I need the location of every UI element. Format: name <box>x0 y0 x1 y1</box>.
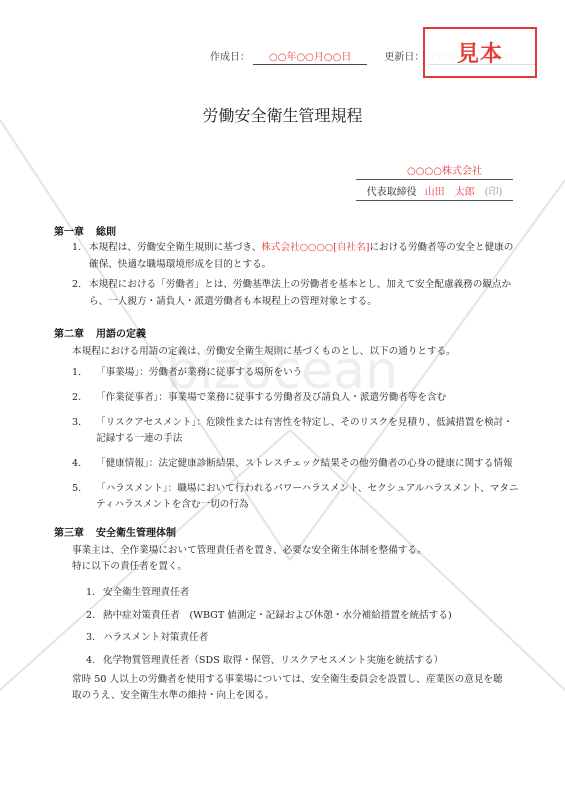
responsible-persons-list: 1.安全衛生管理責任者 2.熱中症対策責任者 (WBGT 値測定・記録および休憩… <box>86 585 526 675</box>
list-item: 3.ハラスメント対策責任者 <box>86 630 526 646</box>
item-number: 5. <box>72 481 96 513</box>
chapter-number: 第二章 <box>54 329 84 340</box>
company-name: ○○○○株式会社 <box>356 162 513 180</box>
item-text: 「リスクアセスメント」：危険性または有害性を特定し、そのリスクを見積り、低減措置… <box>96 415 520 447</box>
item-text: 「事業場」：労働者が業務に従事する場所をいう <box>96 365 520 381</box>
intro-line: 事業主は、全作業場において管理責任者を置き、必要な安全衛生体制を整備する。 <box>72 543 427 559</box>
list-item: 1.「事業場」：労働者が業務に従事する場所をいう <box>72 365 520 381</box>
list-item: 2.熱中症対策責任者 (WBGT 値測定・記録および休憩・水分補給措置を統括する… <box>86 608 526 624</box>
sample-stamp: 見本 <box>423 27 537 78</box>
updated-date-label: 更新日： <box>384 52 424 63</box>
chapter-title: 総則 <box>96 227 116 238</box>
chapter-number: 第一章 <box>54 227 84 238</box>
sample-stamp-text: 見本 <box>457 37 503 68</box>
item-text: 本規程は、労働安全衛生規則に基づき、株式会社○○○○[自社名]における労働者等の… <box>89 240 520 273</box>
seal-mark: (印) <box>485 187 503 198</box>
definitions-list: 1.「事業場」：労働者が業務に従事する場所をいう 2.「作業従事者」：事業場で業… <box>72 365 520 522</box>
created-date-label: 作成日： <box>210 52 250 63</box>
item-number: 4. <box>72 456 96 472</box>
created-date-value: ○○年○○月○○日 <box>253 48 367 65</box>
item-number: 4. <box>86 653 103 669</box>
item-text: ハラスメント対策責任者 <box>103 630 208 646</box>
rep-title: 代表取締役 <box>367 187 417 198</box>
item-text: 本規程における「労働者」とは、労働基準法上の労働者を基本とし、加えて安全配慮義務… <box>89 277 520 310</box>
chapter-number: 第三章 <box>54 528 84 539</box>
list-item: 4.「健康情報」：法定健康診断結果、ストレスチェック結果その他労働者の心身の健康… <box>72 456 520 472</box>
list-item: 3.「リスクアセスメント」：危険性または有害性を特定し、そのリスクを見積り、低減… <box>72 415 520 447</box>
document-page: bizocean ビズオーシャン 作成日： ○○年○○月○○日 更新日： ○○年… <box>0 0 565 800</box>
chapter-2-heading: 第二章用語の定義 <box>54 325 146 340</box>
list-item: 2.「作業従事者」：事業場で業務に従事する労働者及び請負人・派遣労働者等を含む <box>72 390 520 406</box>
item-text: 「健康情報」：法定健康診断結果、ストレスチェック結果その他労働者の心身の健康に関… <box>96 456 520 472</box>
chapter-3-closing: 常時 50 人以上の労働者を使用する事業場については、安全衛生委員会を設置し、産… <box>72 672 512 704</box>
list-item: 1.安全衛生管理責任者 <box>86 585 526 601</box>
chapter-1-heading: 第一章総則 <box>54 223 116 238</box>
item-number: 2. <box>86 608 103 624</box>
rep-name: 山田 太郎 <box>425 187 475 198</box>
page-title: 労働安全衛生管理規程 <box>0 103 565 126</box>
chapter-title: 用語の定義 <box>96 329 146 340</box>
chapter-1-list: 1. 本規程は、労働安全衛生規則に基づき、株式会社○○○○[自社名]における労働… <box>72 240 520 314</box>
chapter-title: 安全衛生管理体制 <box>96 528 176 539</box>
list-item: 4.化学物質管理責任者（SDS 取得・保管、リスクアセスメント実施を統括する） <box>86 653 526 669</box>
intro-line: 特に以下の責任者を置く。 <box>72 559 427 575</box>
item-text: 熱中症対策責任者 (WBGT 値測定・記録および休憩・水分補給措置を統括する) <box>103 608 452 624</box>
item-text: 「作業従事者」：事業場で業務に従事する労働者及び請負人・派遣労働者等を含む <box>96 390 520 406</box>
item-number: 3. <box>86 630 103 646</box>
item-text: 安全衛生管理責任者 <box>103 585 189 601</box>
item-number: 2. <box>72 390 96 406</box>
item-text: 化学物質管理責任者（SDS 取得・保管、リスクアセスメント実施を統括する） <box>103 653 443 669</box>
item-number: 1. <box>86 585 103 601</box>
chapter-2-intro: 本規程における用語の定義は、労働安全衛生規則に基づくものとし、以下の通りとする。 <box>72 344 456 360</box>
representative-line: 代表取締役山田 太郎(印) <box>356 180 513 201</box>
text-part: 本規程は、労働安全衛生規則に基づき、 <box>89 242 261 253</box>
item-number: 1. <box>72 365 96 381</box>
item-number: 2. <box>72 277 89 310</box>
list-item: 1. 本規程は、労働安全衛生規則に基づき、株式会社○○○○[自社名]における労働… <box>72 240 520 273</box>
item-number: 3. <box>72 415 96 447</box>
company-placeholder: 株式会社○○○○[自社名] <box>261 242 369 253</box>
chapter-3-intro: 事業主は、全作業場において管理責任者を置き、必要な安全衛生体制を整備する。 特に… <box>72 543 427 575</box>
item-text: 「ハラスメント」：職場において行われるパワーハラスメント、セクシュアルハラスメン… <box>96 481 520 513</box>
list-item: 5.「ハラスメント」：職場において行われるパワーハラスメント、セクシュアルハラス… <box>72 481 520 513</box>
company-block: ○○○○株式会社 代表取締役山田 太郎(印) <box>356 162 513 201</box>
list-item: 2. 本規程における「労働者」とは、労働基準法上の労働者を基本とし、加えて安全配… <box>72 277 520 310</box>
chapter-3-heading: 第三章安全衛生管理体制 <box>54 524 176 539</box>
item-number: 1. <box>72 240 89 273</box>
